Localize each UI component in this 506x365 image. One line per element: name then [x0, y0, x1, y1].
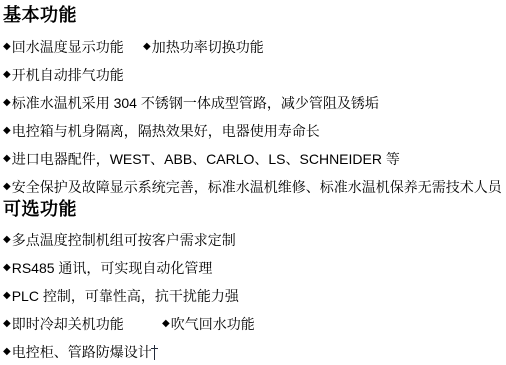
- diamond-bullet-icon: ◆: [3, 316, 11, 332]
- feature-text: 多点温度控制机组可按客户需求定制: [12, 232, 236, 248]
- feature-item: ◆进口电器配件，WEST、ABB、CARLO、LS、SCHNEIDER 等: [3, 151, 400, 167]
- text-cursor[interactable]: [154, 345, 155, 360]
- diamond-bullet-icon: ◆: [3, 288, 11, 304]
- section-heading-optional-functions: 可选功能: [3, 199, 506, 220]
- feature-text: 电控箱与机身隔离，隔热效果好，电器使用寿命长: [12, 123, 320, 139]
- feature-text: RS485 通讯，可实现自动化管理: [12, 260, 213, 276]
- feature-item: ◆开机自动排气功能: [3, 67, 124, 83]
- diamond-bullet-icon: ◆: [3, 260, 11, 276]
- diamond-bullet-icon: ◆: [3, 67, 11, 83]
- diamond-bullet-icon: ◆: [3, 344, 11, 360]
- feature-item: ◆多点温度控制机组可按客户需求定制: [3, 232, 236, 248]
- feature-line: ◆即时冷却关机功能 ◆吹气回水功能: [3, 316, 506, 332]
- feature-line: ◆进口电器配件，WEST、ABB、CARLO、LS、SCHNEIDER 等: [3, 151, 506, 167]
- feature-item: ◆RS485 通讯，可实现自动化管理: [3, 260, 212, 276]
- diamond-bullet-icon: ◆: [3, 151, 11, 167]
- feature-line: ◆开机自动排气功能: [3, 67, 506, 83]
- feature-text: 开机自动排气功能: [12, 67, 124, 83]
- feature-line: ◆标准水温机采用 304 不锈钢一体成型管路，减少管阻及锈垢: [3, 95, 506, 111]
- feature-line: ◆电控柜、管路防爆设计: [3, 344, 506, 360]
- feature-item: ◆电控柜、管路防爆设计: [3, 344, 152, 360]
- feature-item: ◆PLC 控制，可靠性高，抗干扰能力强: [3, 288, 239, 304]
- feature-item: ◆安全保护及故障显示系统完善，标准水温机维修、标准水温机保养无需技术人员: [3, 179, 502, 195]
- diamond-bullet-icon: ◆: [3, 39, 11, 55]
- feature-text: 吹气回水功能: [171, 316, 255, 332]
- feature-text: 即时冷却关机功能: [12, 316, 124, 332]
- feature-line: ◆RS485 通讯，可实现自动化管理: [3, 260, 506, 276]
- feature-item: ◆即时冷却关机功能: [3, 316, 124, 332]
- diamond-bullet-icon: ◆: [3, 95, 11, 111]
- feature-item: ◆吹气回水功能: [162, 316, 255, 332]
- feature-text: 进口电器配件，WEST、ABB、CARLO、LS、SCHNEIDER 等: [12, 151, 400, 167]
- diamond-bullet-icon: ◆: [3, 123, 11, 139]
- feature-line: ◆PLC 控制，可靠性高，抗干扰能力强: [3, 288, 506, 304]
- feature-text: 电控柜、管路防爆设计: [12, 344, 152, 360]
- feature-line: ◆多点温度控制机组可按客户需求定制: [3, 232, 506, 248]
- feature-item: ◆加热功率切换功能: [143, 39, 264, 55]
- diamond-bullet-icon: ◆: [143, 39, 151, 55]
- diamond-bullet-icon: ◆: [3, 179, 11, 195]
- feature-text: 回水温度显示功能: [12, 39, 124, 55]
- feature-text: 安全保护及故障显示系统完善，标准水温机维修、标准水温机保养无需技术人员: [12, 179, 502, 195]
- feature-item: ◆回水温度显示功能: [3, 39, 124, 55]
- feature-line: ◆电控箱与机身隔离，隔热效果好，电器使用寿命长: [3, 123, 506, 139]
- document-page: 基本功能 ◆回水温度显示功能 ◆加热功率切换功能 ◆开机自动排气功能 ◆标准水温…: [0, 0, 506, 360]
- feature-text: 加热功率切换功能: [152, 39, 264, 55]
- diamond-bullet-icon: ◆: [3, 232, 11, 248]
- feature-line: ◆安全保护及故障显示系统完善，标准水温机维修、标准水温机保养无需技术人员: [3, 179, 506, 195]
- diamond-bullet-icon: ◆: [162, 316, 170, 332]
- feature-text: 标准水温机采用 304 不锈钢一体成型管路，减少管阻及锈垢: [12, 95, 379, 111]
- feature-text: PLC 控制，可靠性高，抗干扰能力强: [12, 288, 239, 304]
- feature-item: ◆标准水温机采用 304 不锈钢一体成型管路，减少管阻及锈垢: [3, 95, 379, 111]
- feature-item: ◆电控箱与机身隔离，隔热效果好，电器使用寿命长: [3, 123, 320, 139]
- section-heading-basic-functions: 基本功能: [3, 5, 506, 26]
- feature-line: ◆回水温度显示功能 ◆加热功率切换功能: [3, 39, 506, 55]
